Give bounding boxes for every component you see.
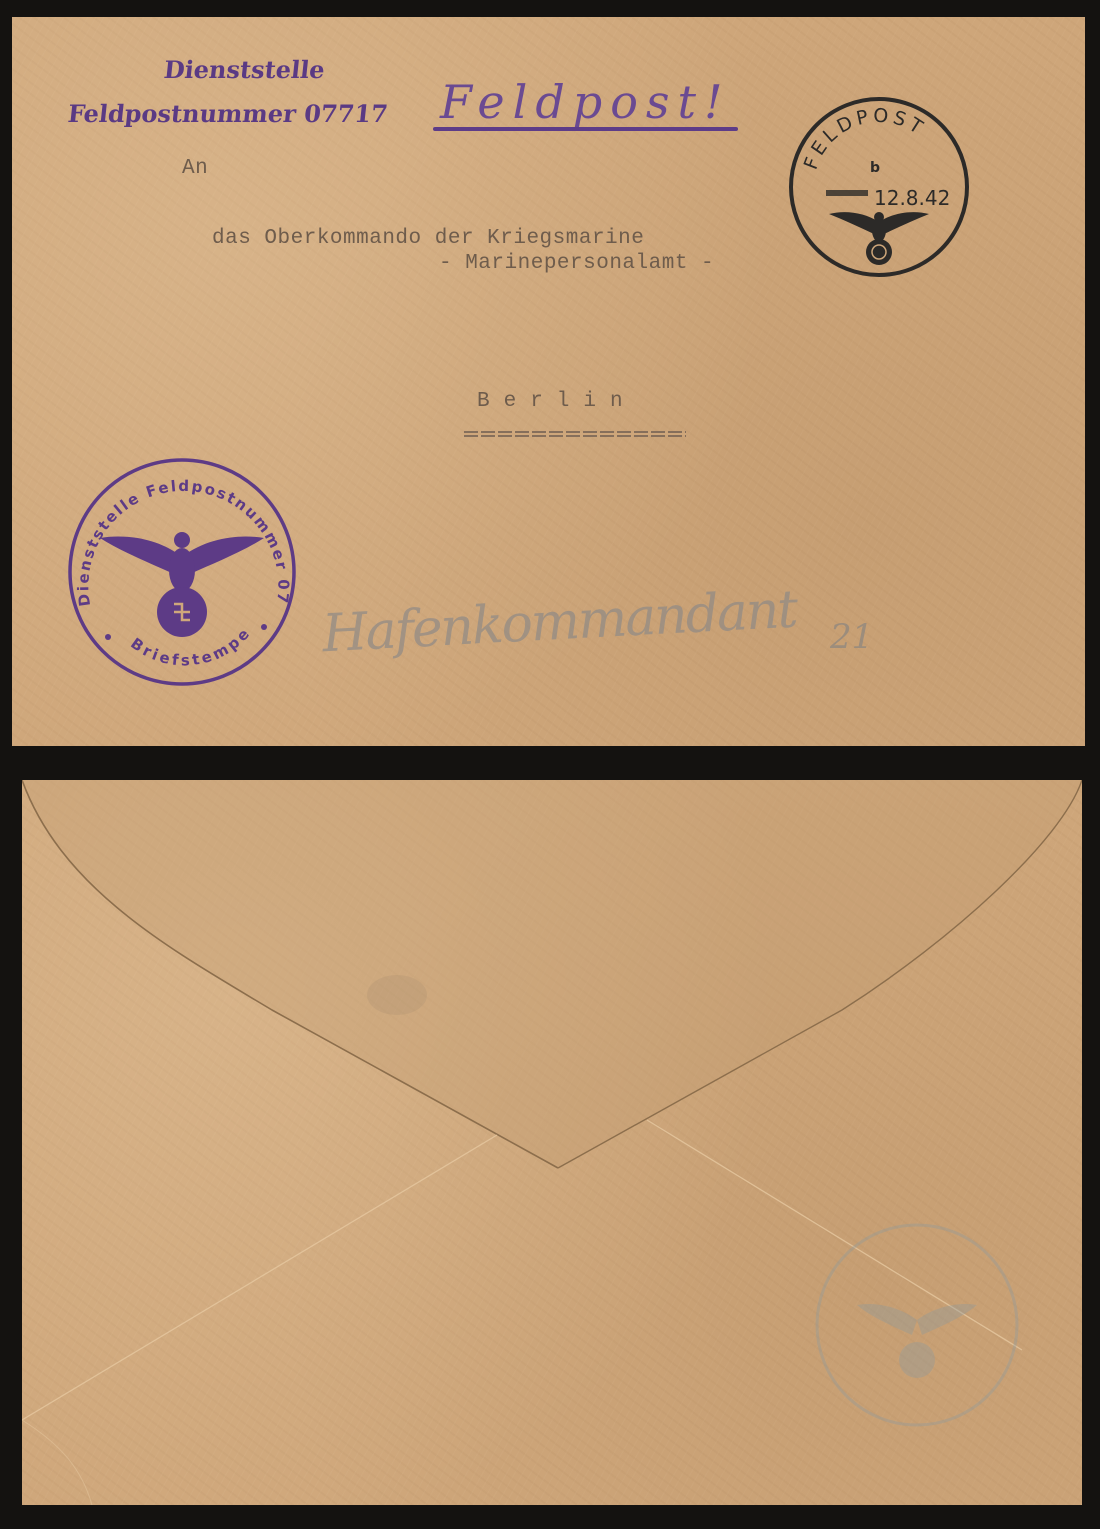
handwritten-note: Hafenkommandant <box>321 580 798 665</box>
svg-text:FELDPOST: FELDPOST <box>800 105 930 173</box>
envelope-front: Dienststelle Feldpostnummer 07717 Feldpo… <box>12 17 1085 746</box>
sender-stamp-line2: Feldpostnummer 07717 <box>66 99 389 128</box>
address-salutation: An <box>182 157 208 180</box>
envelope-back <box>22 780 1082 1505</box>
feldpost-underline <box>433 127 738 131</box>
postmark-letter: b <box>870 160 880 176</box>
address-line-1: das Oberkommando der Kriegsmarine <box>212 227 644 250</box>
address-city: Berlin <box>477 390 637 413</box>
faded-postmark-icon <box>802 1210 1032 1440</box>
feldpost-heading: Feldpost! <box>440 75 731 129</box>
official-seal-icon: Dienststelle Feldpostnummer 07717 Briefs… <box>62 452 302 692</box>
sender-stamp-line1: Dienststelle <box>162 55 326 84</box>
postmark-date: 12.8.42 <box>874 186 950 210</box>
postmark-top-text: FELDPOST <box>800 105 930 173</box>
city-double-underline <box>464 431 686 437</box>
address-line-2: - Marinepersonalamt - <box>439 252 714 275</box>
eagle-emblem-icon <box>829 212 929 265</box>
feldpost-postmark-icon: FELDPOST b 12.8.42 <box>784 92 974 282</box>
handwritten-number: 21 <box>830 617 873 657</box>
